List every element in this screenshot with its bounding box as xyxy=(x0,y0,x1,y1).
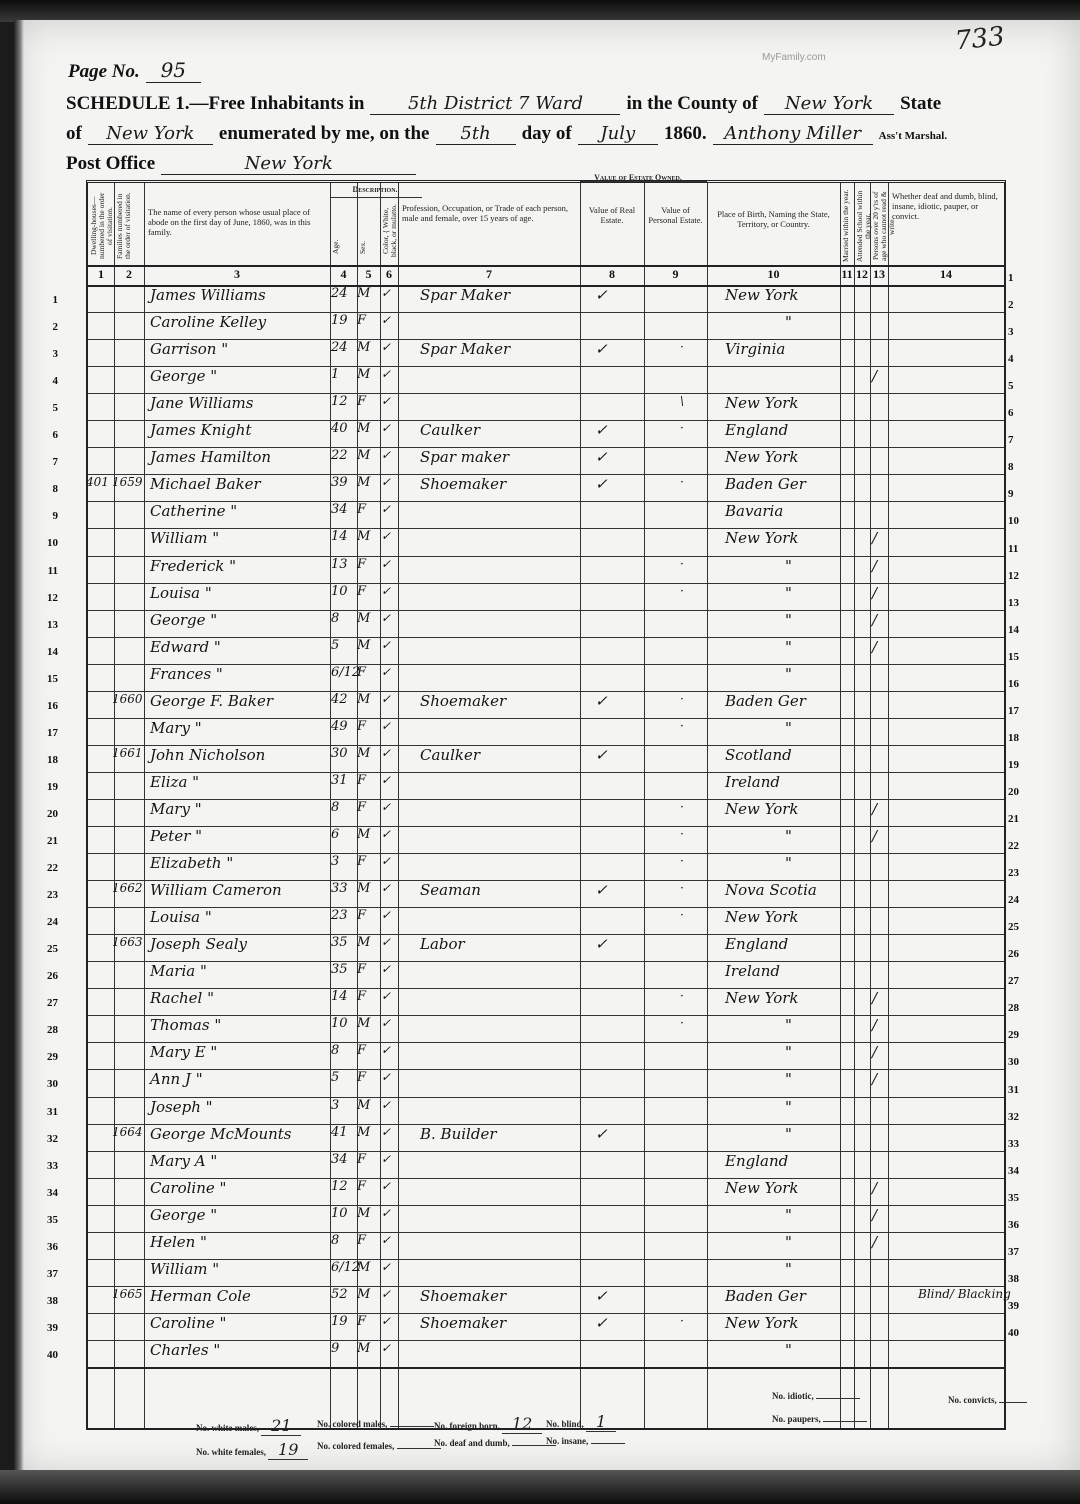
scan-top-border xyxy=(0,0,1080,22)
sex: F xyxy=(357,800,366,815)
real-estate-mark: ✓ xyxy=(595,1287,608,1305)
idiotic-label: No. idiotic, xyxy=(772,1391,814,1401)
personal-estate-mark: · xyxy=(680,1314,684,1328)
color-mark: ✓ xyxy=(381,854,391,868)
color-mark: ✓ xyxy=(381,529,391,543)
left-line-number: 6 xyxy=(34,429,58,441)
column-header-10: Place of Birth, Naming the State, Territ… xyxy=(711,209,836,229)
person-name: George " xyxy=(150,367,217,385)
color-mark: ✓ xyxy=(381,1152,391,1166)
left-line-number: 30 xyxy=(34,1078,58,1090)
right-line-number: 39 xyxy=(1008,1300,1036,1312)
blind-value: 1 xyxy=(586,1412,616,1432)
sex: M xyxy=(357,611,370,626)
column-number-11: 11 xyxy=(840,267,854,282)
row-divider xyxy=(88,907,1004,908)
right-line-number: 31 xyxy=(1008,1084,1036,1096)
row-divider xyxy=(88,637,1004,638)
color-mark: ✓ xyxy=(381,1125,391,1139)
school-mark: / xyxy=(872,827,877,845)
of-label: of xyxy=(66,123,82,144)
age: 8 xyxy=(331,1233,339,1248)
column-divider xyxy=(398,183,399,1428)
left-line-number: 4 xyxy=(34,375,58,387)
left-line-number: 27 xyxy=(34,997,58,1009)
row-divider xyxy=(88,1259,1004,1260)
marshal-label: Ass't Marshal. xyxy=(879,130,947,142)
sex: M xyxy=(357,1287,370,1302)
day-value: 5th xyxy=(436,123,516,145)
column-divider xyxy=(870,183,871,1428)
age: 1 xyxy=(331,367,339,382)
left-line-number: 11 xyxy=(34,565,58,577)
place-of-birth: " xyxy=(785,611,792,629)
sex: F xyxy=(357,1152,366,1167)
left-line-number: 17 xyxy=(34,727,58,739)
sex: M xyxy=(357,340,370,355)
sex: F xyxy=(357,584,366,599)
place-of-birth: New York xyxy=(725,1314,799,1332)
color-mark: ✓ xyxy=(381,313,391,327)
color-mark: ✓ xyxy=(381,638,391,652)
row-divider xyxy=(88,1205,1004,1206)
column-header-14: Whether deaf and dumb, blind, insane, id… xyxy=(892,191,1000,221)
person-name: Frances " xyxy=(150,665,223,683)
place-of-birth: Baden Ger xyxy=(725,692,806,710)
foreign-born-label: No. foreign born, xyxy=(434,1421,500,1431)
age: 34 xyxy=(331,1152,348,1167)
sex: M xyxy=(357,448,370,463)
white-females-value: 19 xyxy=(268,1440,308,1460)
age: 6 xyxy=(331,827,339,842)
sex: F xyxy=(357,1314,366,1329)
color-mark: ✓ xyxy=(381,502,391,516)
place-of-birth: New York xyxy=(725,394,799,412)
person-name: Mary E " xyxy=(150,1043,217,1061)
column-number-13: 13 xyxy=(870,267,888,282)
row-divider xyxy=(88,799,1004,800)
colored-females-label: No. colored females, xyxy=(317,1441,394,1451)
personal-estate-mark: · xyxy=(680,989,684,1003)
place-of-birth: " xyxy=(785,1233,792,1251)
color-mark: ✓ xyxy=(381,1260,391,1274)
summary-white-males: No. white males, 21 xyxy=(196,1416,301,1436)
color-mark: ✓ xyxy=(381,1233,391,1247)
age: 22 xyxy=(331,448,348,463)
dwelling-number: 401 xyxy=(86,475,109,489)
person-name: William " xyxy=(150,529,219,547)
person-name: Garrison " xyxy=(150,340,228,358)
sex: M xyxy=(357,1125,370,1140)
left-line-number: 35 xyxy=(34,1214,58,1226)
summary-colored-females: No. colored females, xyxy=(317,1441,441,1451)
age: 42 xyxy=(331,692,348,707)
place-of-birth: Baden Ger xyxy=(725,475,806,493)
row-divider xyxy=(88,718,1004,719)
color-mark: ✓ xyxy=(381,557,391,571)
personal-estate-mark: · xyxy=(680,1016,684,1030)
right-line-number: 21 xyxy=(1008,813,1036,825)
color-mark: ✓ xyxy=(381,1043,391,1057)
school-mark: / xyxy=(872,1233,877,1251)
occupation: Caulker xyxy=(420,421,480,439)
school-mark: / xyxy=(872,800,877,818)
person-name: Mary " xyxy=(150,800,202,818)
right-line-number: 26 xyxy=(1008,948,1036,960)
age: 12 xyxy=(331,1179,348,1194)
color-mark: ✓ xyxy=(381,1314,391,1328)
family-number: 1665 xyxy=(112,1287,143,1301)
sex: M xyxy=(357,421,370,436)
insane-label: No. insane, xyxy=(546,1436,588,1446)
person-name: Frederick " xyxy=(150,557,236,575)
sex: M xyxy=(357,746,370,761)
sex: M xyxy=(357,367,370,382)
person-name: Ann J " xyxy=(150,1070,203,1088)
sex: M xyxy=(357,1206,370,1221)
place-of-birth: " xyxy=(785,584,792,602)
column-divider xyxy=(144,183,145,1428)
right-line-number: 9 xyxy=(1008,488,1036,500)
place-of-birth: " xyxy=(785,1043,792,1061)
left-line-number: 37 xyxy=(34,1268,58,1280)
right-line-number: 15 xyxy=(1008,651,1036,663)
color-mark: ✓ xyxy=(381,692,391,706)
color-mark: ✓ xyxy=(381,800,391,814)
personal-estate-mark: · xyxy=(680,881,684,895)
left-line-number: 36 xyxy=(34,1241,58,1253)
age: 10 xyxy=(331,1016,348,1031)
person-name: Joseph " xyxy=(150,1098,213,1116)
column-number-3: 3 xyxy=(144,267,330,282)
personal-estate-mark: · xyxy=(680,854,684,868)
sex: F xyxy=(357,854,366,869)
row-divider xyxy=(88,1151,1004,1152)
white-males-value: 21 xyxy=(261,1416,301,1436)
occupation: Spar Maker xyxy=(420,286,510,304)
convicts-label: No. convicts, xyxy=(948,1395,997,1405)
real-estate-mark: ✓ xyxy=(595,1314,608,1332)
left-line-number: 23 xyxy=(34,889,58,901)
group-divider xyxy=(580,181,707,182)
place-of-birth: " xyxy=(785,1070,792,1088)
age: 9 xyxy=(331,1341,339,1356)
person-name: John Nicholson xyxy=(150,746,265,764)
age: 35 xyxy=(331,935,348,950)
age: 6/12 xyxy=(331,665,360,680)
row-divider xyxy=(88,1015,1004,1016)
school-mark: / xyxy=(872,367,877,385)
page-number-line: Page No. 95 xyxy=(68,58,201,83)
personal-estate-mark: \ xyxy=(680,394,684,408)
person-name: Herman Cole xyxy=(150,1287,251,1305)
age: 5 xyxy=(331,638,339,653)
family-number: 1663 xyxy=(112,935,143,949)
age: 8 xyxy=(331,611,339,626)
marshal-name: Anthony Miller xyxy=(713,123,873,145)
color-mark: ✓ xyxy=(381,475,391,489)
place-of-birth: New York xyxy=(725,989,799,1007)
column-header-5: Sex. xyxy=(359,233,378,261)
family-number: 1664 xyxy=(112,1125,143,1139)
county-value: New York xyxy=(764,93,894,115)
real-estate-mark: ✓ xyxy=(595,421,608,439)
person-name: Rachel " xyxy=(150,989,214,1007)
age: 12 xyxy=(331,394,348,409)
person-name: Louisa " xyxy=(150,584,212,602)
summary-insane: No. insane, xyxy=(546,1436,625,1446)
occupation: Spar Maker xyxy=(420,340,510,358)
column-number-7: 7 xyxy=(398,267,580,282)
right-line-number: 22 xyxy=(1008,840,1036,852)
right-line-number: 29 xyxy=(1008,1029,1036,1041)
day-of-label: day of xyxy=(522,123,572,144)
right-line-number: 8 xyxy=(1008,461,1036,473)
left-line-number: 5 xyxy=(34,402,58,414)
right-line-number: 40 xyxy=(1008,1327,1036,1339)
place-of-birth: Bavaria xyxy=(725,502,783,520)
real-estate-mark: ✓ xyxy=(595,475,608,493)
left-line-number: 3 xyxy=(34,348,58,360)
place-of-birth: Scotland xyxy=(725,746,792,764)
place-of-birth: New York xyxy=(725,1179,799,1197)
real-estate-mark: ✓ xyxy=(595,692,608,710)
color-mark: ✓ xyxy=(381,665,391,679)
column-divider xyxy=(888,183,889,1428)
right-line-number: 16 xyxy=(1008,678,1036,690)
sex: M xyxy=(357,935,370,950)
left-line-number: 14 xyxy=(34,646,58,658)
column-divider xyxy=(854,183,855,1428)
school-mark: / xyxy=(872,638,877,656)
left-line-number: 20 xyxy=(34,808,58,820)
age: 14 xyxy=(331,989,348,1004)
color-mark: ✓ xyxy=(381,908,391,922)
summary-paupers: No. paupers, xyxy=(772,1414,867,1424)
age: 10 xyxy=(331,1206,348,1221)
sex: F xyxy=(357,665,366,680)
census-table: Description. Value of Estate Owned. Dwel… xyxy=(86,180,1006,1430)
place-of-birth: " xyxy=(785,1016,792,1034)
right-line-number: 10 xyxy=(1008,515,1036,527)
column-divider xyxy=(840,183,841,1428)
occupation: Caulker xyxy=(420,746,480,764)
family-number: 1660 xyxy=(112,692,143,706)
place-of-birth: England xyxy=(725,1152,788,1170)
place-of-birth: " xyxy=(785,1206,792,1224)
row-divider xyxy=(88,988,1004,989)
left-line-number: 28 xyxy=(34,1024,58,1036)
column-number-2: 2 xyxy=(114,267,144,282)
person-name: James Hamilton xyxy=(150,448,271,466)
sex: M xyxy=(357,1260,370,1275)
right-line-number: 18 xyxy=(1008,732,1036,744)
right-line-number: 38 xyxy=(1008,1273,1036,1285)
person-name: William Cameron xyxy=(150,881,282,899)
enumeration-line: of New York enumerated by me, on the 5th… xyxy=(66,122,947,145)
row-divider xyxy=(88,1340,1004,1341)
column-number-4: 4 xyxy=(330,267,357,282)
summary-blind: No. blind, 1 xyxy=(546,1412,616,1432)
age: 52 xyxy=(331,1287,348,1302)
age: 24 xyxy=(331,340,348,355)
summary-idiotic: No. idiotic, xyxy=(772,1391,860,1401)
row-divider xyxy=(88,1069,1004,1070)
color-mark: ✓ xyxy=(381,827,391,841)
sex: M xyxy=(357,1016,370,1031)
right-line-number: 4 xyxy=(1008,353,1036,365)
color-mark: ✓ xyxy=(381,1098,391,1112)
age: 31 xyxy=(331,773,348,788)
place-of-birth: England xyxy=(725,421,788,439)
left-line-number: 25 xyxy=(34,943,58,955)
place-of-birth: " xyxy=(785,638,792,656)
left-line-number: 40 xyxy=(34,1349,58,1361)
school-mark: / xyxy=(872,1016,877,1034)
row-divider xyxy=(88,1042,1004,1043)
left-line-number: 38 xyxy=(34,1295,58,1307)
person-name: Jane Williams xyxy=(150,394,253,412)
right-line-number: 35 xyxy=(1008,1192,1036,1204)
idiotic-value xyxy=(816,1398,860,1399)
person-name: Maria " xyxy=(150,962,207,980)
sex: F xyxy=(357,313,366,328)
right-line-number: 6 xyxy=(1008,407,1036,419)
personal-estate-mark: · xyxy=(680,800,684,814)
right-line-number: 11 xyxy=(1008,543,1036,555)
right-line-number: 2 xyxy=(1008,299,1036,311)
right-line-number: 24 xyxy=(1008,894,1036,906)
sex: F xyxy=(357,1179,366,1194)
person-name: Mary " xyxy=(150,719,202,737)
summary-deaf-dumb: No. deaf and dumb, xyxy=(434,1438,556,1448)
color-mark: ✓ xyxy=(381,1179,391,1193)
left-line-number: 18 xyxy=(34,754,58,766)
column-number-10: 10 xyxy=(707,267,840,282)
place-of-birth: " xyxy=(785,1341,792,1359)
left-line-number: 21 xyxy=(34,835,58,847)
school-mark: / xyxy=(872,1179,877,1197)
paupers-label: No. paupers, xyxy=(772,1414,821,1424)
left-line-number: 26 xyxy=(34,970,58,982)
school-mark: / xyxy=(872,1206,877,1224)
occupation: Shoemaker xyxy=(420,475,506,493)
occupation: Seaman xyxy=(420,881,481,899)
column-header-2: Families numbered in the order of visita… xyxy=(116,189,142,263)
left-line-number: 19 xyxy=(34,781,58,793)
personal-estate-mark: · xyxy=(680,692,684,706)
occupation: B. Builder xyxy=(420,1125,497,1143)
remarks: Blind/ Blacking xyxy=(918,1287,1011,1301)
age: 19 xyxy=(331,313,348,328)
color-mark: ✓ xyxy=(381,1070,391,1084)
column-header-6: Color, { White, black, or mulatto. xyxy=(382,201,396,261)
left-line-number: 39 xyxy=(34,1322,58,1334)
row-divider xyxy=(88,772,1004,773)
personal-estate-mark: · xyxy=(680,719,684,733)
family-number: 1659 xyxy=(112,475,143,489)
color-mark: ✓ xyxy=(381,1206,391,1220)
school-mark: / xyxy=(872,557,877,575)
age: 19 xyxy=(331,1314,348,1329)
occupation: Shoemaker xyxy=(420,1287,506,1305)
right-line-number: 27 xyxy=(1008,975,1036,987)
schedule-line: SCHEDULE 1.—Free Inhabitants in 5th Dist… xyxy=(66,92,941,115)
column-number-14: 14 xyxy=(888,267,1004,282)
place-of-birth: Baden Ger xyxy=(725,1287,806,1305)
column-header-3: The name of every person whose usual pla… xyxy=(148,207,326,237)
age: 49 xyxy=(331,719,348,734)
page-label: Page No. xyxy=(68,61,140,82)
sex: F xyxy=(357,502,366,517)
row-divider xyxy=(88,1232,1004,1233)
left-line-number: 15 xyxy=(34,673,58,685)
person-name: Mary A " xyxy=(150,1152,217,1170)
occupation: Labor xyxy=(420,935,465,953)
sex: F xyxy=(357,989,366,1004)
age: 41 xyxy=(331,1125,348,1140)
sex: F xyxy=(357,1043,366,1058)
age: 8 xyxy=(331,1043,339,1058)
color-mark: ✓ xyxy=(381,448,391,462)
color-mark: ✓ xyxy=(381,611,391,625)
sex: M xyxy=(357,1341,370,1356)
school-mark: / xyxy=(872,1043,877,1061)
age: 6/12 xyxy=(331,1260,360,1275)
place-of-birth: Ireland xyxy=(725,773,780,791)
column-header-9: Value of Personal Estate. xyxy=(648,205,703,225)
post-office-line: Post Office New York xyxy=(66,152,416,175)
person-name: Caroline " xyxy=(150,1314,226,1332)
right-line-number: 23 xyxy=(1008,867,1036,879)
family-number: 1662 xyxy=(112,881,143,895)
left-line-number: 8 xyxy=(34,483,58,495)
sex: M xyxy=(357,529,370,544)
colored-females-value xyxy=(397,1448,441,1449)
place-of-birth: New York xyxy=(725,908,799,926)
right-line-number: 36 xyxy=(1008,1219,1036,1231)
school-mark: / xyxy=(872,989,877,1007)
school-mark: / xyxy=(872,611,877,629)
column-number-8: 8 xyxy=(580,267,644,282)
age: 8 xyxy=(331,800,339,815)
state-value: New York xyxy=(88,123,213,145)
place-of-birth: New York xyxy=(725,529,799,547)
foreign-born-value: 12 xyxy=(502,1414,542,1434)
summary-foreign-born: No. foreign born, 12 xyxy=(434,1414,542,1434)
color-mark: ✓ xyxy=(381,1016,391,1030)
person-name: Joseph Sealy xyxy=(150,935,247,953)
place-of-birth: Nova Scotia xyxy=(725,881,817,899)
sex: F xyxy=(357,908,366,923)
place-of-birth: Virginia xyxy=(725,340,785,358)
left-line-number: 10 xyxy=(34,537,58,549)
person-name: Catherine " xyxy=(150,502,237,520)
group-divider xyxy=(330,197,422,198)
age: 34 xyxy=(331,502,348,517)
age: 24 xyxy=(331,286,348,301)
right-line-number: 30 xyxy=(1008,1056,1036,1068)
person-name: George McMounts xyxy=(150,1125,292,1143)
personal-estate-mark: · xyxy=(680,340,684,354)
real-estate-mark: ✓ xyxy=(595,286,608,304)
person-name: Peter " xyxy=(150,827,202,845)
row-divider xyxy=(88,528,1004,529)
post-office-label: Post Office xyxy=(66,153,155,174)
sex: M xyxy=(357,881,370,896)
person-name: James Knight xyxy=(150,421,251,439)
column-header-4: Age. xyxy=(332,233,355,261)
